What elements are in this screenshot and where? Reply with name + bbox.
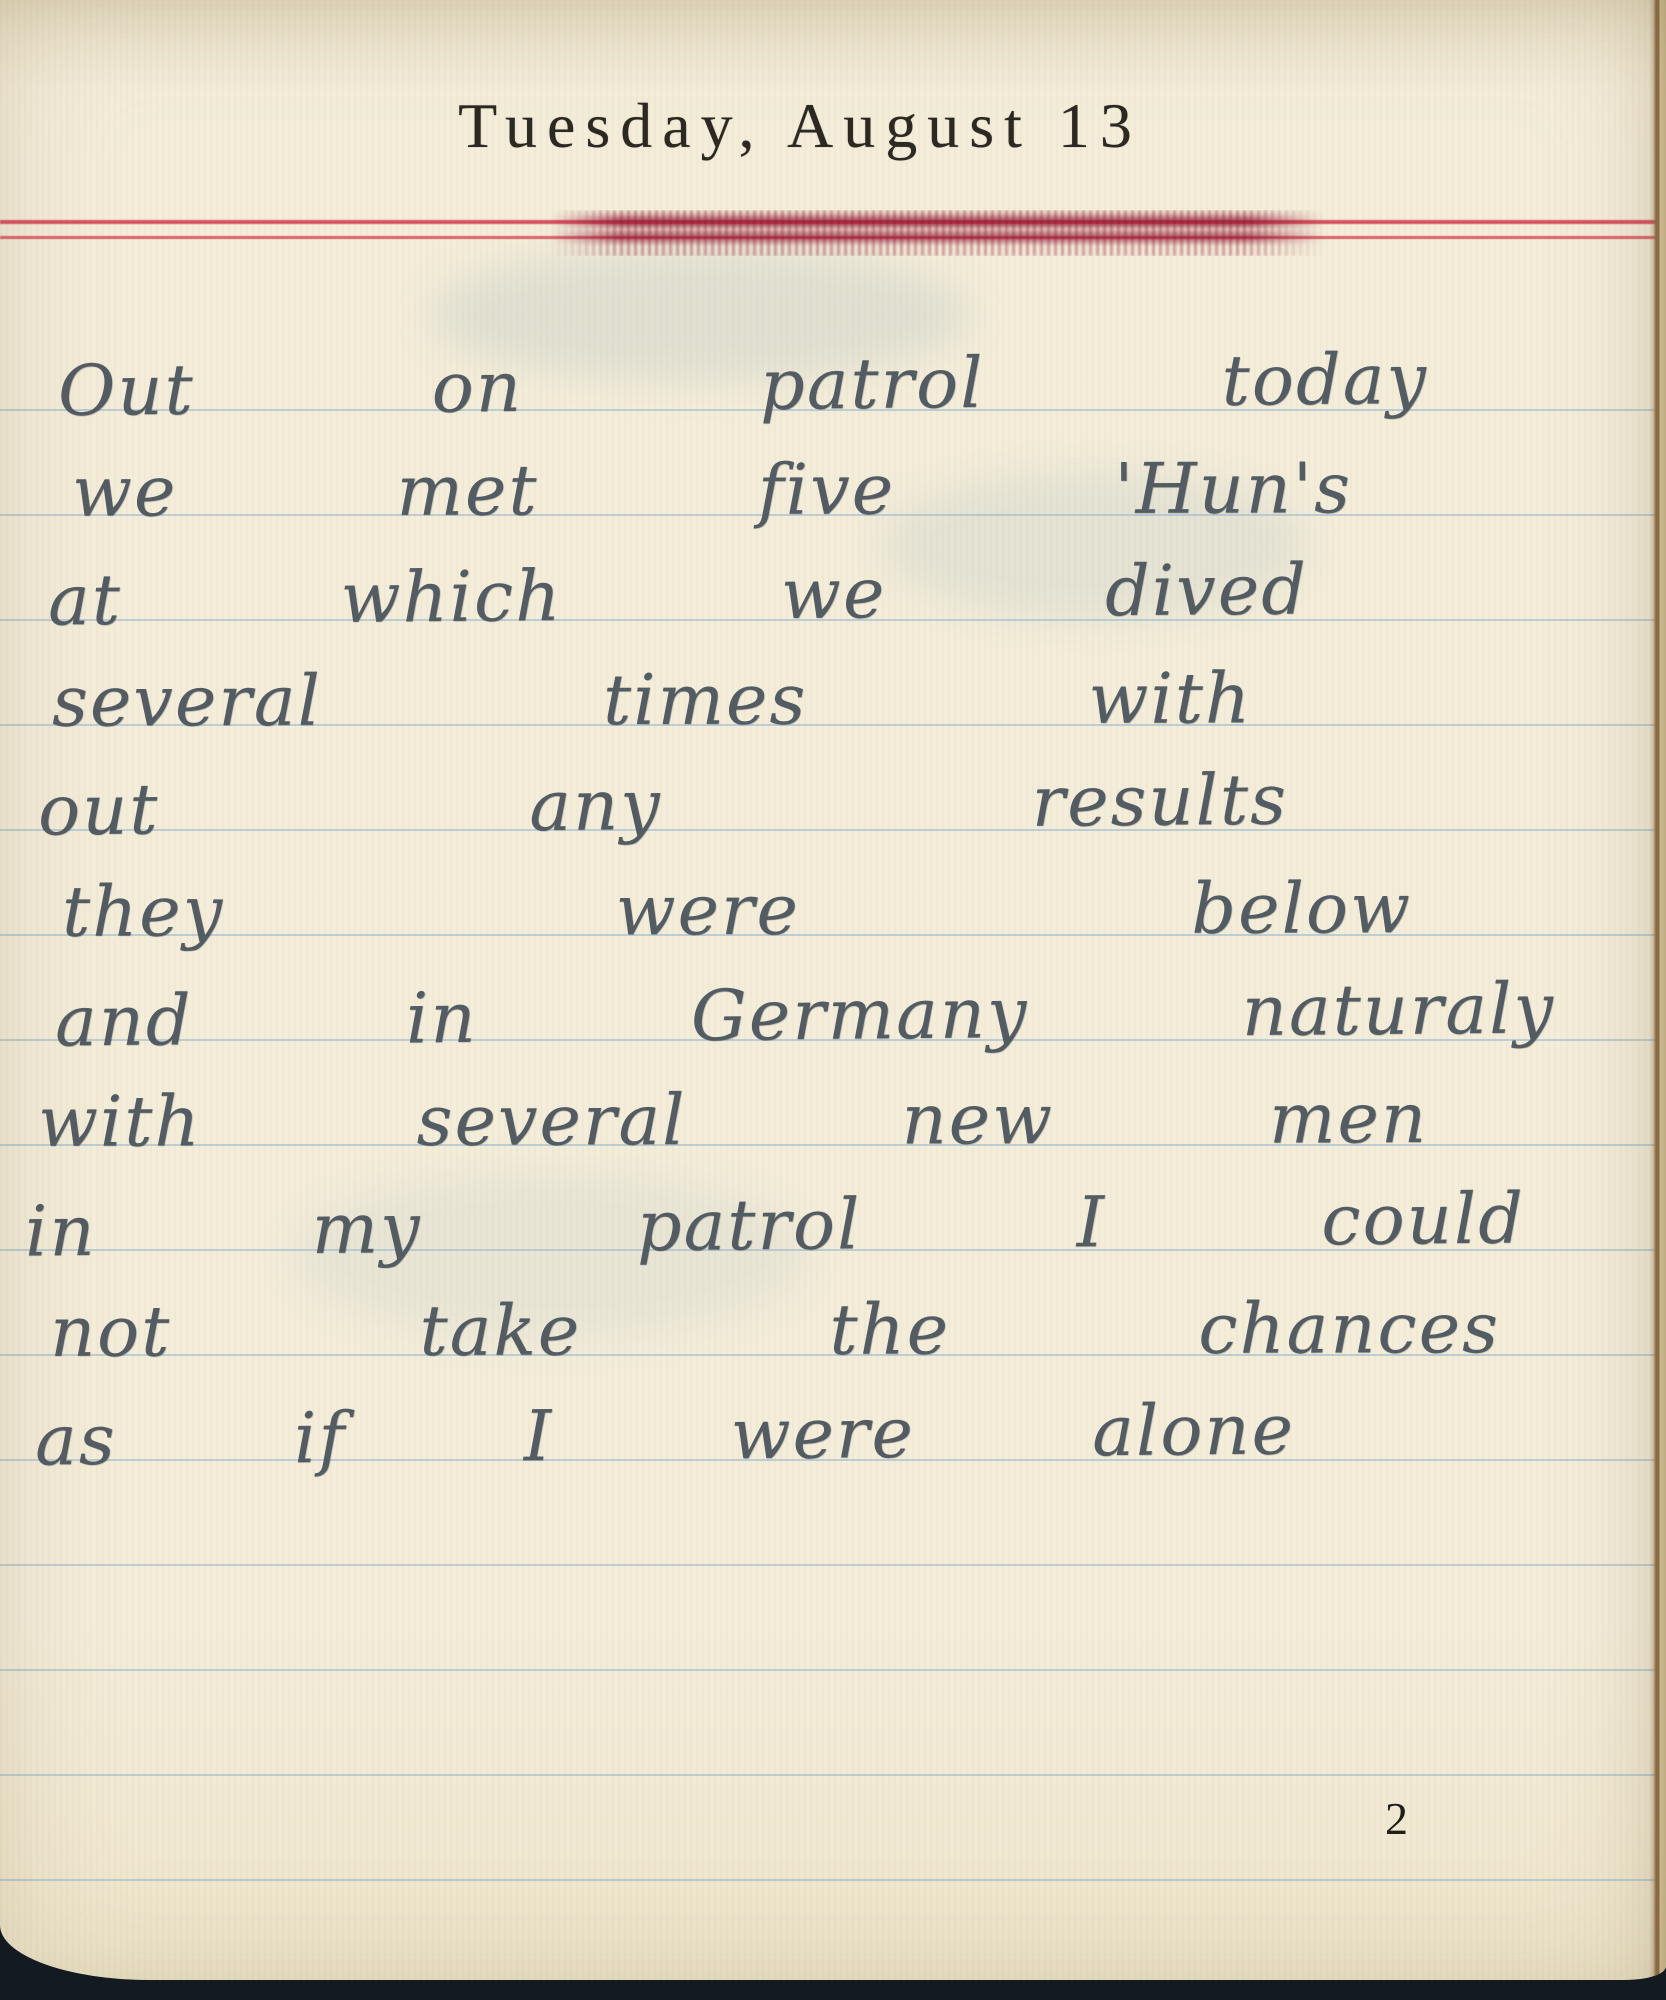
scanner-background: Tuesday, August 13 Out on patrol today w… [0,0,1666,2000]
handwritten-line: Out on patrol today [58,324,1429,446]
handwritten-line: several times with [52,643,1252,756]
handwritten-line: out any results [38,745,1289,866]
handwritten-line: with several new men [38,1063,1428,1177]
handwritten-line: at which we dived [48,535,1309,656]
diary-entry: Out on patrol today we met five 'Hun's a… [0,0,1666,1980]
handwritten-line: and in Germany naturaly [55,953,1556,1076]
handwritten-line: not take the chances [50,1273,1500,1387]
handwritten-line: we met five 'Hun's [72,433,1352,546]
page-edge [1649,0,1666,1980]
handwritten-line: as if I were alone [35,1375,1296,1496]
diary-page: Tuesday, August 13 Out on patrol today w… [0,0,1666,1980]
handwritten-line: in my patrol I could [25,1163,1526,1286]
handwritten-line: they were below [62,853,1412,967]
page-number: 2 [1385,1792,1408,1845]
